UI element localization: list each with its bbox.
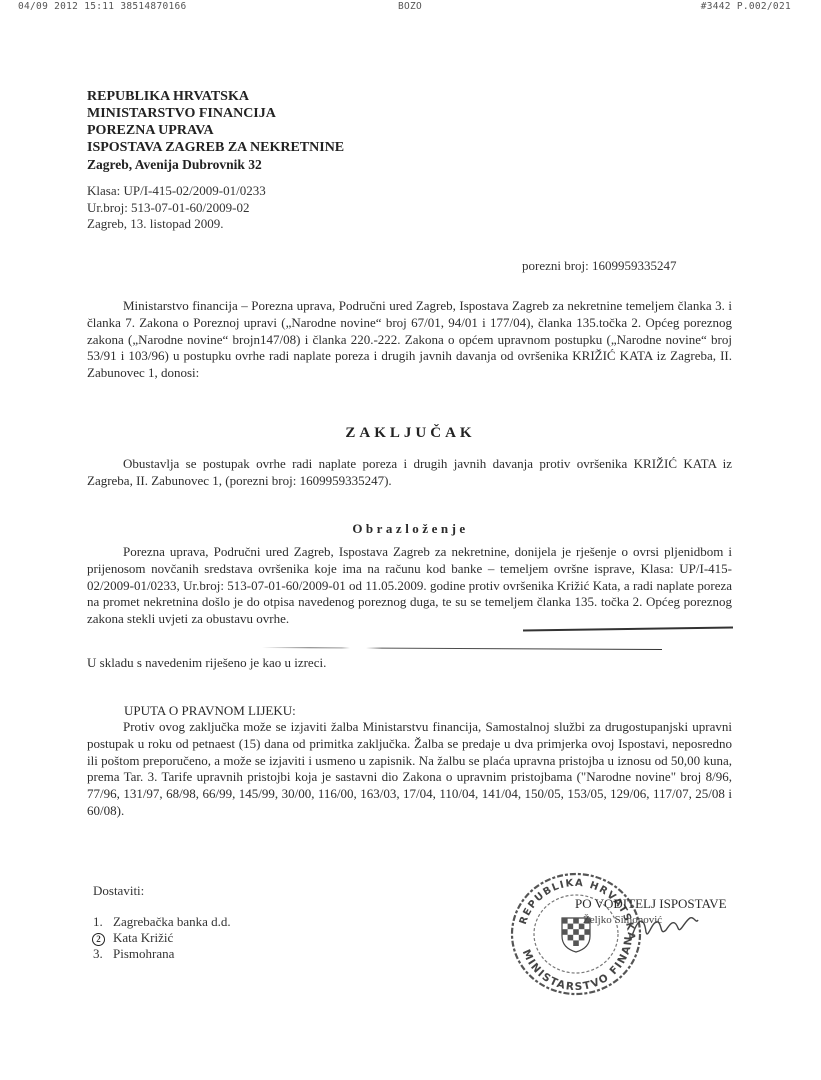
delivery-heading: Dostaviti: xyxy=(93,883,144,899)
legal-remedy-paragraph: Protiv ovog zaključka može se izjaviti ž… xyxy=(87,719,732,820)
letterhead-address: Zagreb, Avenija Dubrovnik 32 xyxy=(87,156,344,173)
legal-remedy-heading: UPUTA O PRAVNOM LIJEKU: xyxy=(124,703,296,719)
letterhead-line: REPUBLIKA HRVATSKA xyxy=(87,88,344,105)
handwritten-underline xyxy=(262,647,662,650)
circled-number-icon: 2 xyxy=(92,933,105,946)
conclusion-paragraph: Obustavlja se postupak ovrhe radi naplat… xyxy=(87,456,732,490)
intro-paragraph: Ministarstvo financija – Porezna uprava,… xyxy=(87,298,732,382)
letterhead-line: MINISTARSTVO FINANCIJA xyxy=(87,105,344,122)
letterhead-line: POREZNA UPRAVA xyxy=(87,122,344,139)
urbroj-number: Ur.broj: 513-07-01-60/2009-02 xyxy=(87,200,266,217)
reference-block: Klasa: UP/I-415-02/2009-01/0233 Ur.broj:… xyxy=(87,183,266,233)
item-label: Pismohrana xyxy=(113,946,174,961)
place-date: Zagreb, 13. listopad 2009. xyxy=(87,216,266,233)
handwritten-signature-icon xyxy=(630,912,700,942)
fax-timestamp: 04/09 2012 15:11 38514870166 xyxy=(18,1,187,12)
fax-sender: BOZO xyxy=(398,1,422,12)
reasoning-heading: Obrazloženje xyxy=(0,521,821,537)
item-number: 1. xyxy=(93,914,113,930)
fax-page-number: #3442 P.002/021 xyxy=(701,1,791,12)
conclusion-text: Obustavlja se postupak ovrhe radi naplat… xyxy=(87,456,732,488)
klasa-number: Klasa: UP/I-415-02/2009-01/0233 xyxy=(87,183,266,200)
delivery-list: 1.Zagrebačka banka d.d. 2Kata Križić 3.P… xyxy=(93,914,231,962)
fax-header: 04/09 2012 15:11 38514870166 BOZO #3442 … xyxy=(0,0,821,14)
reasoning-paragraph: Porezna uprava, Područni ured Zagreb, Is… xyxy=(87,544,732,628)
official-stamp-icon: REPUBLIKA HRVATSKA MINISTARSTVO FINANCIJ… xyxy=(506,868,646,998)
reasoning-text: Porezna uprava, Područni ured Zagreb, Is… xyxy=(87,544,732,626)
delivery-item: 2Kata Križić xyxy=(93,930,231,946)
item-label: Kata Križić xyxy=(113,930,173,945)
letterhead-line: ISPOSTAVA ZAGREB ZA NEKRETNINE xyxy=(87,139,344,156)
tax-number: porezni broj: 1609959335247 xyxy=(522,258,677,274)
delivery-item: 3.Pismohrana xyxy=(93,946,231,962)
legal-remedy-text: Protiv ovog zaključka može se izjaviti ž… xyxy=(87,719,732,818)
reasoning-closing: U skladu s navedenim riješeno je kao u i… xyxy=(87,655,326,671)
item-number: 3. xyxy=(93,946,113,962)
delivery-item: 1.Zagrebačka banka d.d. xyxy=(93,914,231,930)
conclusion-heading: ZAKLJUČAK xyxy=(0,425,821,442)
intro-text: Ministarstvo financija – Porezna uprava,… xyxy=(87,298,732,380)
item-label: Zagrebačka banka d.d. xyxy=(113,914,231,929)
letterhead: REPUBLIKA HRVATSKA MINISTARSTVO FINANCIJ… xyxy=(87,88,344,173)
signatory-title: PO VODITELJ ISPOSTAVE xyxy=(575,896,727,912)
